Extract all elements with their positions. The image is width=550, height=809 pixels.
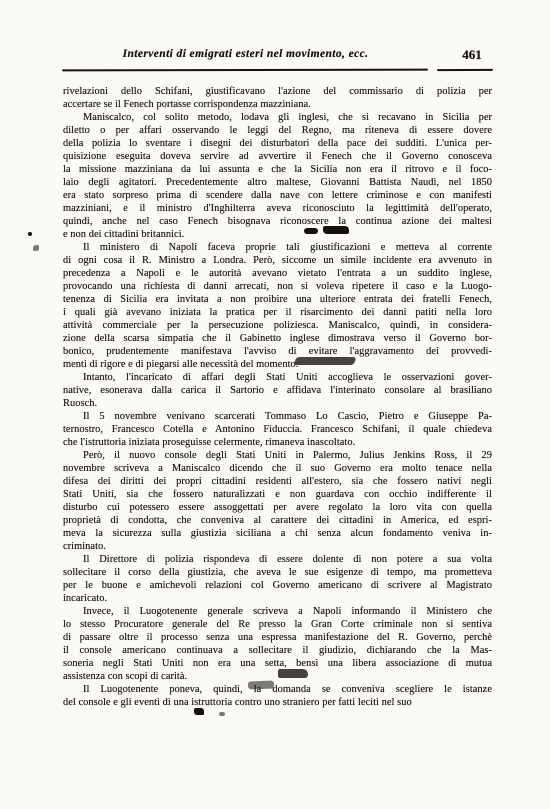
ink-speck — [219, 712, 225, 716]
text-line: provocando una richiesta di danni arreca… — [63, 280, 492, 293]
text-line: Stati Uniti, sia che fossero naturalizza… — [63, 488, 492, 501]
text-line: era stato sorpreso prima di scendere dal… — [63, 189, 492, 202]
text-line: Il ministero di Napoli faceva proprie ta… — [63, 241, 492, 254]
text-line: diletto o per affari osservando le leggi… — [63, 124, 492, 137]
text-line: per le buone e amichevoli relazioni col … — [63, 579, 492, 592]
text-line: quindi, anche nel caso Fenech bisognava … — [63, 215, 492, 228]
text-line: di ogni cosa il R. Ministro a Londra. Pe… — [63, 254, 492, 267]
scanned-book-page: Interventi di emigrati esteri nel movime… — [0, 0, 550, 809]
text-line: e non dei cittadini britannici. — [63, 228, 492, 241]
text-line: Però, il nuovo console degli Stati Uniti… — [63, 449, 492, 462]
text-line: proprietà di condotta, che conveniva al … — [63, 514, 492, 527]
text-line: lo stesso Procuratore generale del Re pr… — [63, 618, 492, 631]
text-line: precedenza a Napoli e le autorità avevan… — [63, 267, 492, 280]
text-line: accertare se il Fenech portasse corrispo… — [63, 98, 492, 111]
text-line: che l'istruttoria iniziata proseguisse c… — [63, 436, 492, 449]
text-line: difesa dei diritti dei propri cittadini … — [63, 475, 492, 488]
ink-smudge — [323, 226, 349, 234]
ink-smudge — [278, 669, 308, 678]
text-line: Intanto, l'incaricato di affari degli St… — [63, 371, 492, 384]
text-line: Il Luogotenente poneva, quindi, la doman… — [63, 683, 492, 696]
text-line: disturbo cui potessero essere assoggetta… — [63, 501, 492, 514]
text-line: Maniscalco, col solito metodo, lodava gl… — [63, 111, 492, 124]
text-line: attività commerciale per la persecuzione… — [63, 319, 492, 332]
running-header-title: Interventi di emigrati esteri nel movime… — [63, 48, 428, 60]
text-line: Il Direttore di polizia rispondeva di es… — [63, 553, 492, 566]
text-line: meva la sicurezza sulla giustizia sicili… — [63, 527, 492, 540]
text-line: bonico, prudentemente manifestava l'avvi… — [63, 345, 492, 358]
text-line: novembre scriveva a Maniscalco dicendo c… — [63, 462, 492, 475]
ink-smudge — [248, 681, 274, 690]
text-line: del console e gli eventi di una istrutto… — [63, 696, 492, 709]
ink-smudge — [304, 228, 318, 234]
text-line: ternostro, Francesco Cotella e Antonino … — [63, 423, 492, 436]
margin-speck — [33, 245, 39, 251]
text-line: sollecitare il corso della giustizia, ch… — [63, 566, 492, 579]
text-line: zione della scarsa simpatia che il Gabin… — [63, 332, 492, 345]
text-line: il console americano continuava a sollec… — [63, 644, 492, 657]
text-line: la missione mazziniana da lui assunta e … — [63, 163, 492, 176]
text-line: menti di rigore e di piegarsi alle neces… — [63, 358, 492, 371]
text-line: laio degli agitatori. Precedentemente al… — [63, 176, 492, 189]
text-line: di passare oltre il processo senza una e… — [63, 631, 492, 644]
text-line: tenenza di Sicilia era invitata a non pr… — [63, 293, 492, 306]
text-line: criminato. — [63, 540, 492, 553]
text-line: incaricato. — [63, 592, 492, 605]
text-line: rivelazioni dello Schifani, giustificava… — [63, 85, 492, 98]
page-number: 461 — [450, 47, 494, 63]
page-number-rule — [437, 69, 493, 71]
text-line: Ruosch. — [63, 397, 492, 410]
text-line: Invece, il Luogotenente generale scrivev… — [63, 605, 492, 618]
text-line: Il 5 novembre venivano scarcerati Tommas… — [63, 410, 492, 423]
header-rule — [62, 69, 428, 72]
ink-speck — [194, 708, 204, 715]
text-line: native, esonerava dalla carica il Sartor… — [63, 384, 492, 397]
ink-smudge — [294, 357, 357, 365]
text-line: mazziniani, e il ministro d'Inghilterra … — [63, 202, 492, 215]
page-body: rivelazioni dello Schifani, giustificava… — [63, 85, 492, 709]
margin-speck — [28, 232, 32, 236]
text-line: soneria negli Stati Uniti non era una se… — [63, 657, 492, 670]
text-line: della polizia lo sventare i disegni dei … — [63, 137, 492, 150]
text-line: i quali già avevano iniziata la pratica … — [63, 306, 492, 319]
text-line: quisizione eseguita doveva servire ad av… — [63, 150, 492, 163]
